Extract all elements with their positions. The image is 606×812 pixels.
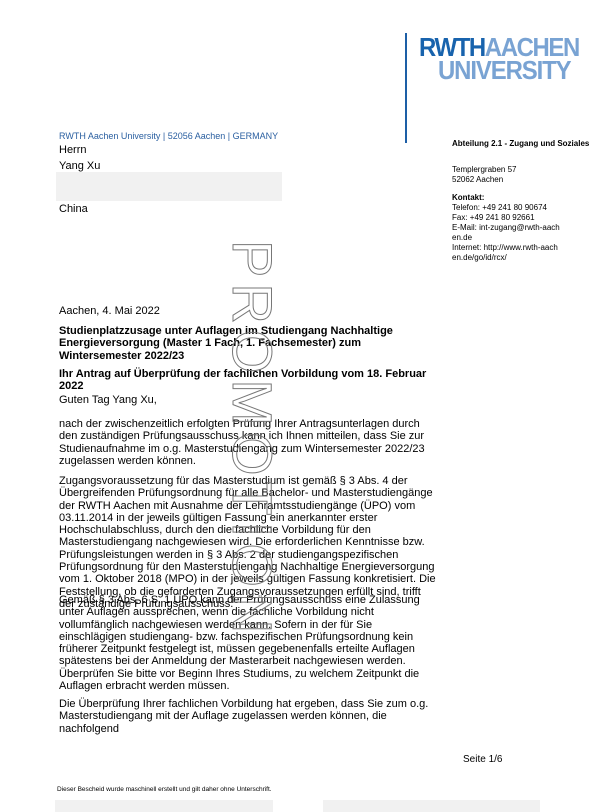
recipient-name: Yang Xu (59, 160, 100, 172)
rwth-logo: RWTHAACHEN UNIVERSITY (419, 34, 599, 83)
letter-subject: Studienplatzzusage unter Auflagen im Stu… (59, 325, 439, 362)
paragraph-4: Die Überprüfung Ihrer fachlichen Vorbild… (59, 698, 439, 735)
sidebar-fax: Fax: +49 241 80 92661 (452, 213, 602, 223)
logo-university: UNIVERSITY (438, 57, 586, 83)
redacted-footer-left (55, 800, 273, 812)
footer-note: Dieser Bescheid wurde maschinell erstell… (57, 786, 272, 793)
letter-date: Aachen, 4. Mai 2022 (59, 305, 439, 317)
redacted-footer-right (323, 800, 540, 812)
recipient-salutation: Herrn (59, 144, 87, 156)
sidebar-department: Abteilung 2.1 - Zugang und Soziales (452, 139, 602, 149)
sidebar-internet[interactable]: Internet: http://www.rwth-aachen.de/go/i… (452, 243, 562, 263)
sidebar-city: 52062 Aachen (452, 175, 602, 185)
sidebar-phone: Telefon: +49 241 80 90674 (452, 203, 602, 213)
header-divider-line (405, 33, 407, 143)
letter-reference: Ihr Antrag auf Überprüfung der fachliche… (59, 368, 439, 393)
letter-greeting: Guten Tag Yang Xu, (59, 394, 439, 406)
sidebar-contact-heading: Kontakt: (452, 193, 602, 203)
sidebar-street: Templergraben 57 (452, 165, 602, 175)
sidebar-email[interactable]: E-Mail: int-zugang@rwth-aachen.de (452, 223, 562, 243)
paragraph-2: Zugangsvoraussetzung für das Masterstudi… (59, 475, 439, 610)
paragraph-1: nach der zwischenzeitlich erfolgten Prüf… (59, 418, 439, 467)
sender-line: RWTH Aachen University | 52056 Aachen | … (59, 131, 278, 141)
page-number: Seite 1/6 (463, 754, 502, 765)
paragraph-3: Gemäß § 3 Abs. 6 S. 1 ÜPO kann der Prüfu… (59, 594, 439, 692)
recipient-country: China (59, 203, 88, 215)
redacted-address (56, 172, 282, 201)
